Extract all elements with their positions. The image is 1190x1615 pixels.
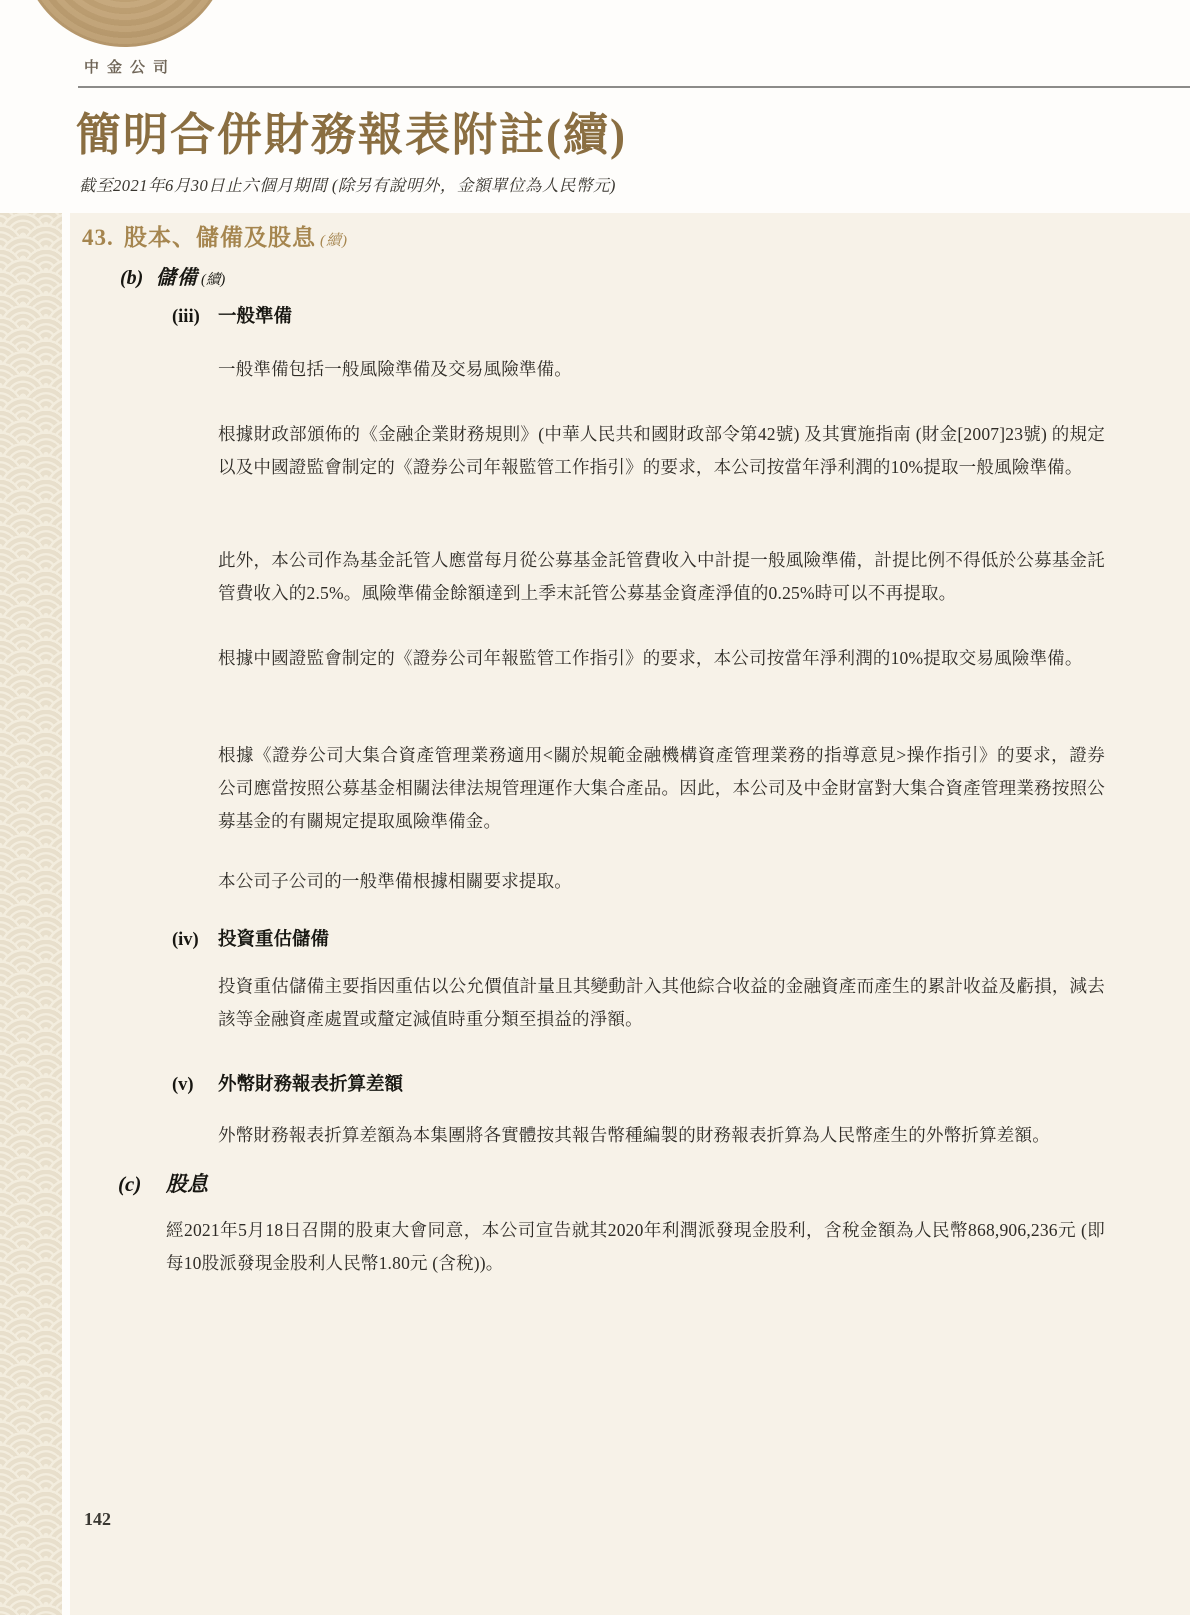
subsection-b-heading: (b)儲備(續) (120, 261, 225, 290)
page-subtitle: 截至2021年6月30日止六個月期間 (除另有說明外，金額單位為人民幣元) (79, 172, 616, 196)
paragraph-general-reserve-intro: 一般準備包括一般風險準備及交易風險準備。 (218, 353, 1105, 386)
subsection-b-label: (b) (120, 267, 156, 290)
company-name: 中金公司 (84, 56, 176, 77)
subsection-c-label: (c) (118, 1172, 166, 1197)
subsection-v-label: (v) (172, 1075, 218, 1096)
section-43-continued: (續) (320, 233, 348, 249)
paragraph-collective-asset-management: 根據《證券公司大集合資產管理業務適用<關於規範金融機構資產管理業務的指導意見>操… (218, 739, 1105, 838)
paragraph-fund-custodian: 此外，本公司作為基金託管人應當每月從公募基金託管費收入中計提一般風險準備，計提比… (218, 544, 1105, 610)
paragraph-foreign-currency-translation: 外幣財務報表折算差額為本集團將各實體按其報告幣種編製的財務報表折算為人民幣產生的… (218, 1119, 1105, 1152)
subsection-iii-label: (iii) (172, 307, 218, 328)
subsection-b-title: 儲備 (156, 267, 198, 289)
section-43-heading: 43.股本、儲備及股息(續) (82, 219, 348, 252)
subsection-iv-title: 投資重估儲備 (218, 930, 329, 950)
page-number: 142 (84, 1509, 111, 1530)
subsection-iii-heading: (iii)一般準備 (172, 302, 292, 328)
paragraph-investment-revaluation-reserve: 投資重估儲備主要指因重估以公允價值計量且其變動計入其他綜合收益的金融資產而產生的… (218, 970, 1105, 1036)
subsection-c-heading: (c)股息 (118, 1168, 208, 1198)
section-43-title: 股本、儲備及股息 (124, 225, 316, 250)
subsection-b-continued: (續) (201, 272, 225, 288)
paragraph-csrc-trading-risk: 根據中國證監會制定的《證券公司年報監管工作指引》的要求，本公司按當年淨利潤的10… (218, 642, 1105, 675)
content-panel: 43.股本、儲備及股息(續) (b)儲備(續) (iii)一般準備 一般準備包括… (70, 213, 1190, 1615)
subsection-c-title: 股息 (166, 1172, 208, 1196)
decorative-wave-pattern (0, 213, 62, 1615)
section-43-number: 43. (82, 225, 124, 251)
company-logo-icon (20, 0, 230, 47)
subsection-iv-heading: (iv)投資重估儲備 (172, 925, 329, 951)
header-divider (78, 86, 1190, 88)
subsection-iv-label: (iv) (172, 930, 218, 951)
subsection-iii-title: 一般準備 (218, 307, 292, 327)
subsection-v-title: 外幣財務報表折算差額 (218, 1075, 403, 1095)
page-title: 簡明合併財務報表附註(續) (76, 98, 627, 163)
paragraph-dividends: 經2021年5月18日召開的股東大會同意，本公司宣告就其2020年利潤派發現金股… (166, 1214, 1105, 1280)
subsection-v-heading: (v)外幣財務報表折算差額 (172, 1070, 403, 1096)
paragraph-mof-rules: 根據財政部頒佈的《金融企業財務規則》(中華人民共和國財政部令第42號) 及其實施… (218, 418, 1105, 484)
paragraph-subsidiaries-reserve: 本公司子公司的一般準備根據相關要求提取。 (218, 865, 1105, 898)
